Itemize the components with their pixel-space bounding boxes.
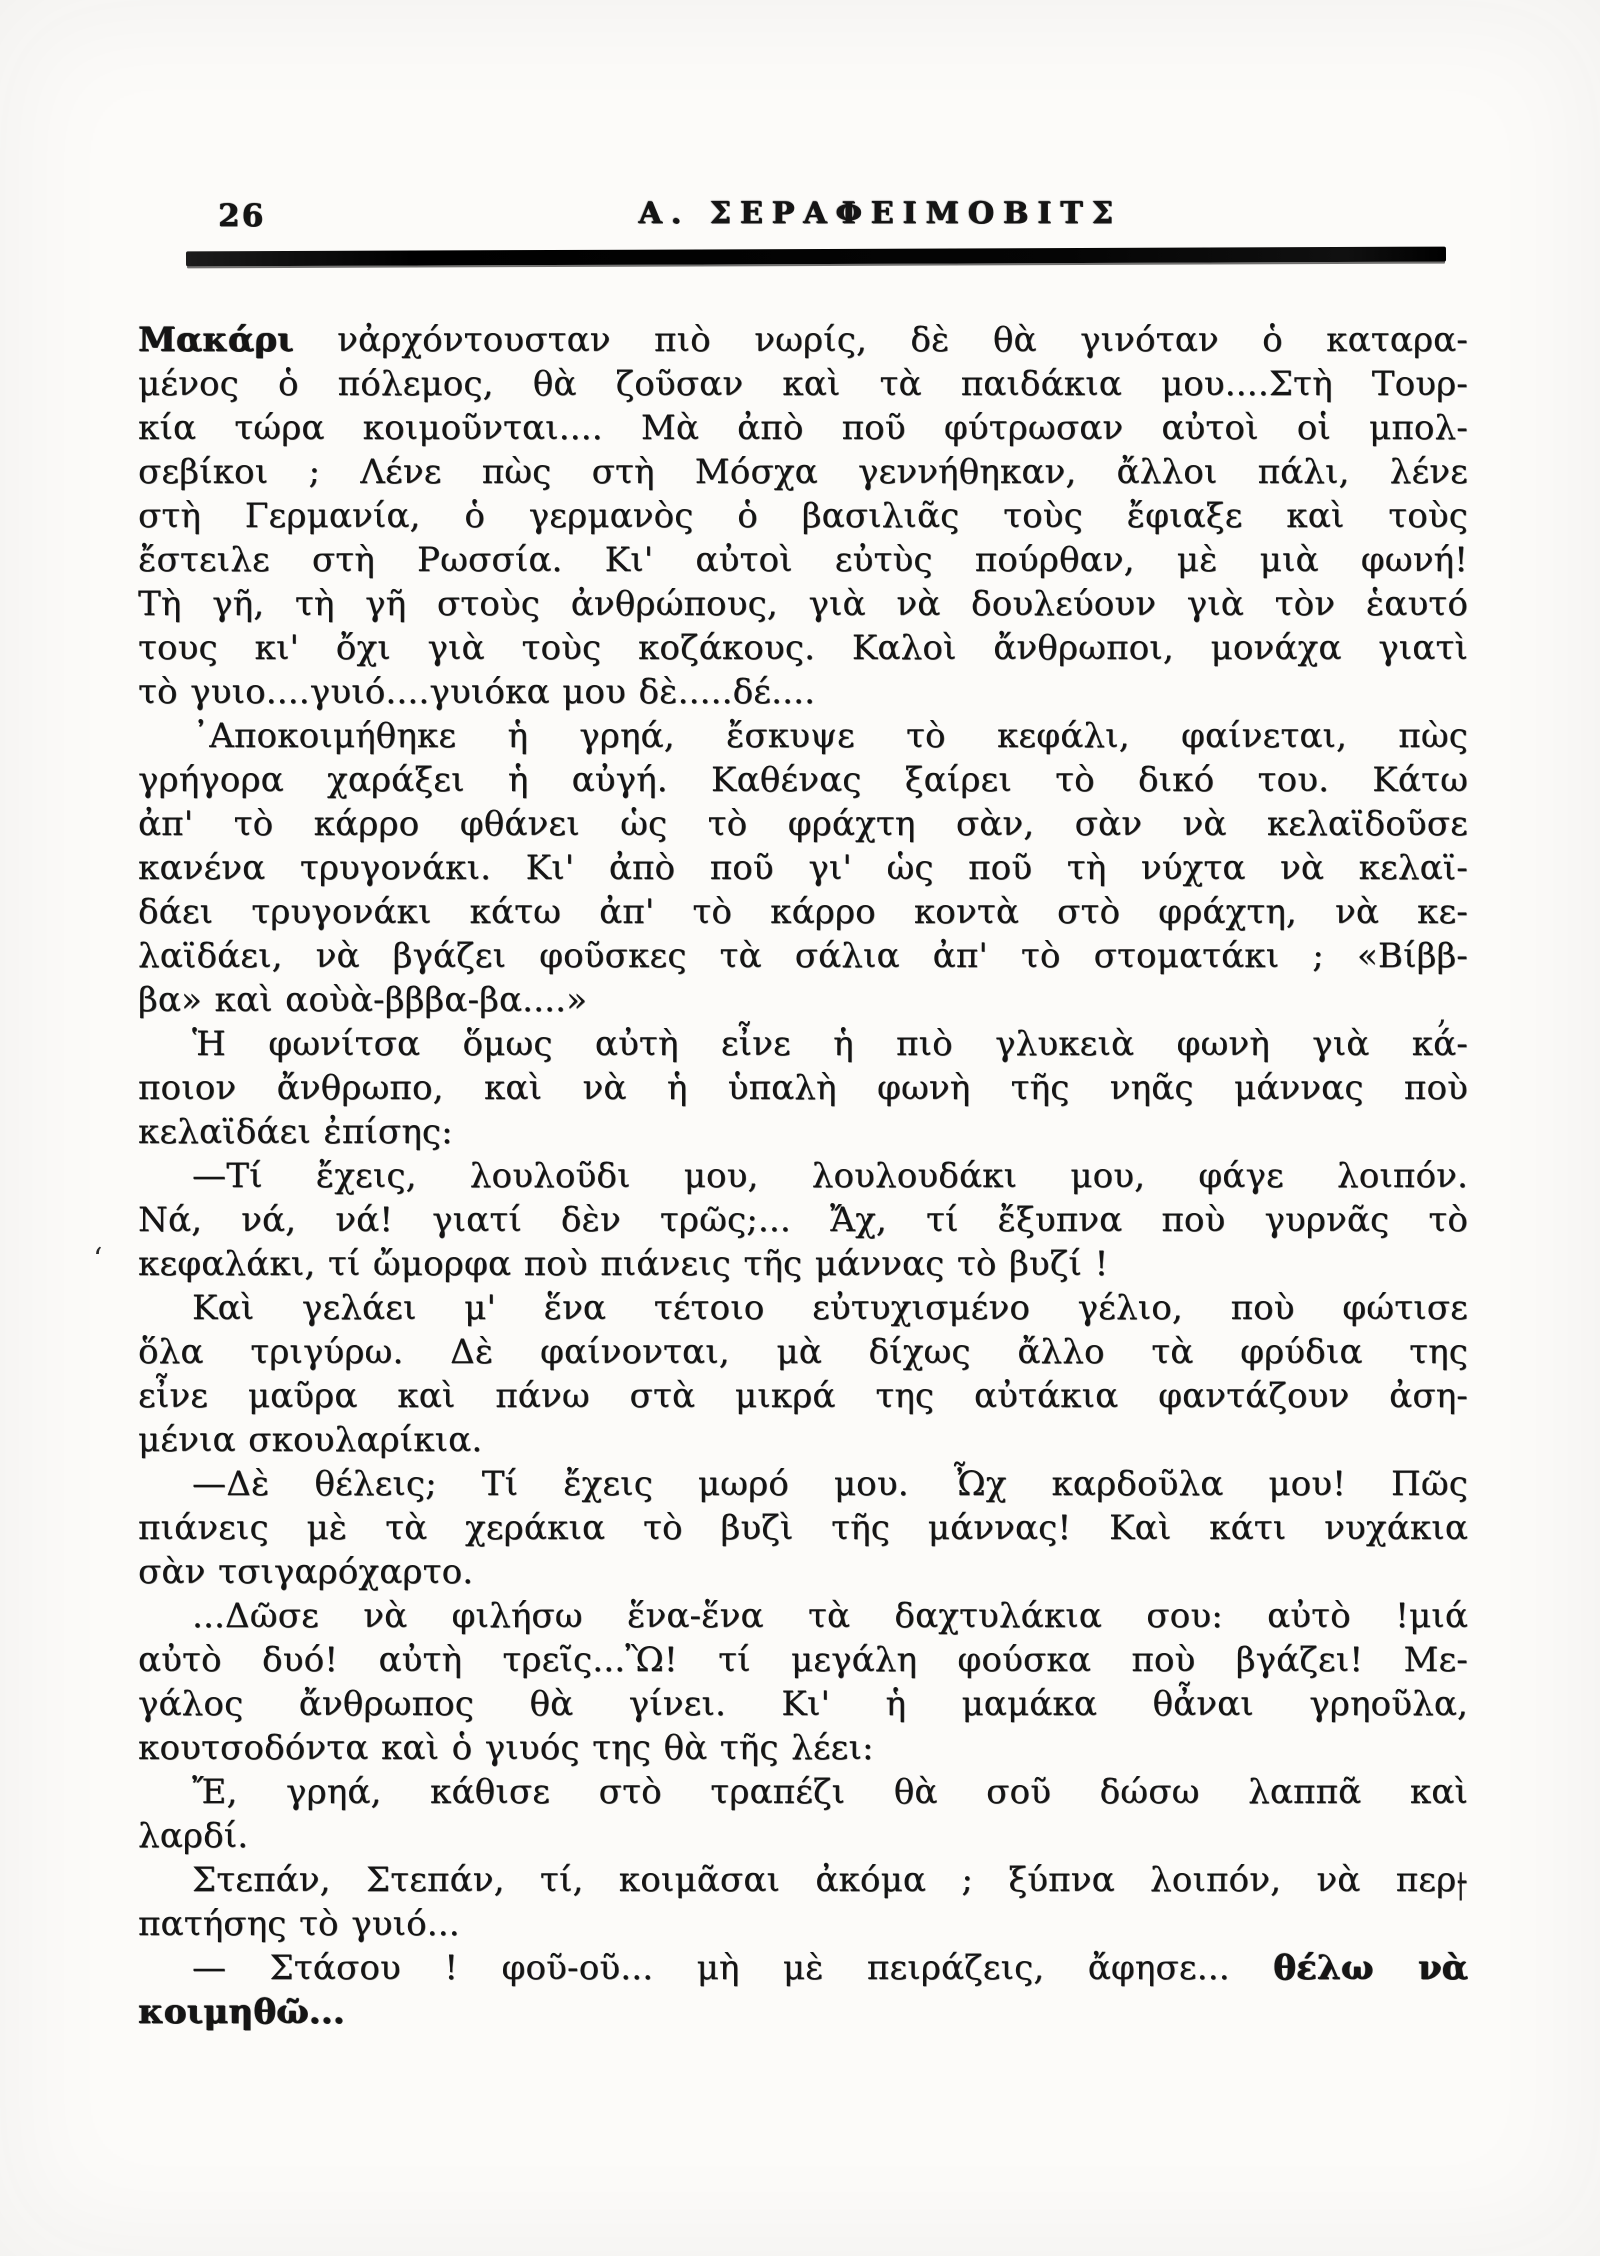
scan-artifact-bar: | xyxy=(1456,1868,1465,1901)
text-line: τους κι' ὄχι γιὰ τοὺς κοζάκους. Καλοὶ ἄν… xyxy=(138,626,1468,670)
text-segment: πιάνεις μὲ τὰ χεράκια τὸ βυζὶ τῆς μάννας… xyxy=(138,1508,1468,1548)
text-line: Μακάρι νἀρχόντουσταν πιὸ νωρίς, δὲ θὰ γι… xyxy=(138,318,1468,362)
text-segment: γάλος ἄνθρωπος θὰ γίνει. Κι' ἡ μαμάκα θἆ… xyxy=(138,1684,1468,1724)
text-segment: Ἡ φωνίτσα ὅμως αὐτὴ εἶνε ἡ πιὸ γλυκειὰ φ… xyxy=(192,1024,1468,1064)
text-segment: μένος ὁ πόλεμος, θὰ ζοῦσαν καὶ τὰ παιδάκ… xyxy=(138,364,1468,404)
text-segment: στὴ Γερμανία, ὁ γερμανὸς ὁ βασιλιᾶς τοὺς… xyxy=(138,496,1468,536)
text-segment: πατήσης τὸ γυιό... xyxy=(138,1904,460,1944)
text-line: τὸ γυιο....γυιό....γυιόκα μου δὲ.....δέ.… xyxy=(138,670,1468,714)
text-block: Μακάρι νἀρχόντουσταν πιὸ νωρίς, δὲ θὰ γι… xyxy=(138,318,1468,2034)
text-line: ᾿Αποκοιμήθηκε ἡ γρηά, ἔσκυψε τὸ κεφάλι, … xyxy=(138,714,1468,758)
text-segment: κανένα τρυγονάκι. Κι' ἀπὸ ποῦ γι' ὡς ποῦ… xyxy=(138,848,1468,888)
text-segment: τους κι' ὄχι γιὰ τοὺς κοζάκους. Καλοὶ ἄν… xyxy=(138,628,1468,668)
text-line: κεφαλάκι, τί ὤμορφα ποὺ πιάνεις τῆς μάνν… xyxy=(138,1242,1468,1286)
text-segment: — Στάσου ! φοῦ-οῦ... μὴ μὲ πειράζεις, ἄφ… xyxy=(192,1948,1273,1988)
text-line: πιάνεις μὲ τὰ χεράκια τὸ βυζὶ τῆς μάννας… xyxy=(138,1506,1468,1550)
text-line: κελαϊδάει ἐπίσης: xyxy=(138,1110,1468,1154)
text-line: ὅλα τριγύρω. Δὲ φαίνονται, μὰ δίχως ἄλλο… xyxy=(138,1330,1468,1374)
ink-heavy-text: κοιμηθῶ... xyxy=(138,1992,345,2032)
text-segment: κία τώρα κοιμοῦνται.... Μὰ ἀπὸ ποῦ φύτρω… xyxy=(138,408,1468,448)
text-segment: ...Δῶσε νὰ φιλήσω ἕνα-ἕνα τὰ δαχτυλάκια … xyxy=(192,1596,1468,1636)
text-segment: μένια σκουλαρίκια. xyxy=(138,1420,482,1460)
text-line: πατήσης τὸ γυιό... xyxy=(138,1902,1468,1946)
text-line: Καὶ γελάει μ' ἕνα τέτοιο εὐτυχισμένο γέλ… xyxy=(138,1286,1468,1330)
text-segment: αὐτὸ δυό! αὐτὴ τρεῖς...Ὢ! τί μεγάλη φούσ… xyxy=(138,1640,1468,1680)
text-line: Τὴ γῆ, τὴ γῆ στοὺς ἀνθρώπους, γιὰ νὰ δου… xyxy=(138,582,1468,626)
text-line: σεβίκοι ; Λένε πὼς στὴ Μόσχα γεννήθηκαν,… xyxy=(138,450,1468,494)
text-line: — Στάσου ! φοῦ-οῦ... μὴ μὲ πειράζεις, ἄφ… xyxy=(138,1946,1468,1990)
header-rule xyxy=(186,247,1446,267)
text-line: στὴ Γερμανία, ὁ γερμανὸς ὁ βασιλιᾶς τοὺς… xyxy=(138,494,1468,538)
text-line: κανένα τρυγονάκι. Κι' ἀπὸ ποῦ γι' ὡς ποῦ… xyxy=(138,846,1468,890)
text-segment: νἀρχόντουσταν πιὸ νωρίς, δὲ θὰ γινόταν ὁ… xyxy=(294,320,1468,360)
text-segment: κελαϊδάει ἐπίσης: xyxy=(138,1112,453,1152)
text-segment: —Τί ἔχεις, λουλοῦδι μου, λουλουδάκι μου,… xyxy=(192,1156,1468,1196)
text-line: —Δὲ θέλεις; Τί ἔχεις μωρό μου. Ὦχ καρδοῦ… xyxy=(138,1462,1468,1506)
text-segment: Τὴ γῆ, τὴ γῆ στοὺς ἀνθρώπους, γιὰ νὰ δου… xyxy=(138,584,1468,624)
text-line: ...Δῶσε νὰ φιλήσω ἕνα-ἕνα τὰ δαχτυλάκια … xyxy=(138,1594,1468,1638)
running-title: Α. ΣΕΡΑΦΕΙΜΟΒΙΤΣ xyxy=(215,196,1545,231)
text-segment: ἔστειλε στὴ Ρωσσία. Κι' αὐτοὶ εὐτὺς πούρ… xyxy=(138,540,1468,580)
text-segment: Στεπάν, Στεπάν, τί, κοιμᾶσαι ἀκόμα ; ξύπ… xyxy=(192,1860,1468,1900)
text-line: ἔστειλε στὴ Ρωσσία. Κι' αὐτοὶ εὐτὺς πούρ… xyxy=(138,538,1468,582)
text-line: —Τί ἔχεις, λουλοῦδι μου, λουλουδάκι μου,… xyxy=(138,1154,1468,1198)
text-segment: τὸ γυιο....γυιό....γυιόκα μου δὲ.....δέ.… xyxy=(138,672,815,712)
text-segment: κεφαλάκι, τί ὤμορφα ποὺ πιάνεις τῆς μάνν… xyxy=(138,1244,1108,1284)
text-line: μένια σκουλαρίκια. xyxy=(138,1418,1468,1462)
text-segment: Καὶ γελάει μ' ἕνα τέτοιο εὐτυχισμένο γέλ… xyxy=(192,1288,1468,1328)
text-segment: ὅλα τριγύρω. Δὲ φαίνονται, μὰ δίχως ἄλλο… xyxy=(138,1332,1468,1372)
text-line: κοιμηθῶ... xyxy=(138,1990,1468,2034)
text-line: κουτσοδόντα καὶ ὁ γιυός της θὰ τῆς λέει: xyxy=(138,1726,1468,1770)
text-line: εἶνε μαῦρα καὶ πάνω στὰ μικρά της αὐτάκι… xyxy=(138,1374,1468,1418)
text-line: αὐτὸ δυό! αὐτὴ τρεῖς...Ὢ! τί μεγάλη φούσ… xyxy=(138,1638,1468,1682)
text-line: δάει τρυγονάκι κάτω ἀπ' τὸ κάρρο κοντὰ σ… xyxy=(138,890,1468,934)
text-line: λαϊδάει, νὰ βγάζει φοῦσκες τὰ σάλια ἀπ' … xyxy=(138,934,1468,978)
text-segment: —Δὲ θέλεις; Τί ἔχεις μωρό μου. Ὦχ καρδοῦ… xyxy=(192,1464,1468,1504)
text-segment: λαρδί. xyxy=(138,1816,248,1856)
text-line: γάλος ἄνθρωπος θὰ γίνει. Κι' ἡ μαμάκα θἆ… xyxy=(138,1682,1468,1726)
text-segment: λαϊδάει, νὰ βγάζει φοῦσκες τὰ σάλια ἀπ' … xyxy=(138,936,1468,976)
text-line: βα» καὶ αοὺὰ-βββα-βα....» xyxy=(138,978,1468,1022)
text-line: μένος ὁ πόλεμος, θὰ ζοῦσαν καὶ τὰ παιδάκ… xyxy=(138,362,1468,406)
text-line: λαρδί. xyxy=(138,1814,1468,1858)
ink-heavy-text: θέλω νὰ xyxy=(1273,1948,1468,1988)
text-line: Νά, νά, νά! γιατί δὲν τρῶς;... Ἄχ, τί ἔξ… xyxy=(138,1198,1468,1242)
text-segment: σὰν τσιγαρόχαρτο. xyxy=(138,1552,473,1592)
text-line: Στεπάν, Στεπάν, τί, κοιμᾶσαι ἀκόμα ; ξύπ… xyxy=(138,1858,1468,1902)
text-line: κία τώρα κοιμοῦνται.... Μὰ ἀπὸ ποῦ φύτρω… xyxy=(138,406,1468,450)
text-line: Ἡ φωνίτσα ὅμως αὐτὴ εἶνε ἡ πιὸ γλυκειὰ φ… xyxy=(138,1022,1468,1066)
text-segment: σεβίκοι ; Λένε πὼς στὴ Μόσχα γεννήθηκαν,… xyxy=(138,452,1468,492)
text-segment: βα» καὶ αοὺὰ-βββα-βα....» xyxy=(138,980,587,1020)
text-line: ποιον ἄνθρωπο, καὶ νὰ ἡ ὑπαλὴ φωνὴ τῆς ν… xyxy=(138,1066,1468,1110)
text-segment: ᾿Αποκοιμήθηκε ἡ γρηά, ἔσκυψε τὸ κεφάλι, … xyxy=(192,716,1468,756)
text-line: σὰν τσιγαρόχαρτο. xyxy=(138,1550,1468,1594)
text-segment: εἶνε μαῦρα καὶ πάνω στὰ μικρά της αὐτάκι… xyxy=(138,1376,1468,1416)
text-line: γρήγορα χαράξει ἡ αὐγή. Καθένας ξαίρει τ… xyxy=(138,758,1468,802)
text-line: ἀπ' τὸ κάρρο φθάνει ὡς τὸ φράχτη σὰν, σὰ… xyxy=(138,802,1468,846)
text-segment: κουτσοδόντα καὶ ὁ γιυός της θὰ τῆς λέει: xyxy=(138,1728,874,1768)
scanned-book-page: 26 Α. ΣΕΡΑΦΕΙΜΟΒΙΤΣ Μακάρι νἀρχόντουσταν… xyxy=(0,0,1600,2256)
text-segment: Νά, νά, νά! γιατί δὲν τρῶς;... Ἄχ, τί ἔξ… xyxy=(138,1200,1468,1240)
text-segment: Ἔ, γρηά, κάθισε στὸ τραπέζι θὰ σοῦ δώσω … xyxy=(192,1772,1468,1812)
text-segment: ποιον ἄνθρωπο, καὶ νὰ ἡ ὑπαλὴ φωνὴ τῆς ν… xyxy=(138,1068,1468,1108)
text-segment: δάει τρυγονάκι κάτω ἀπ' τὸ κάρρο κοντὰ σ… xyxy=(138,892,1468,932)
text-segment: ἀπ' τὸ κάρρο φθάνει ὡς τὸ φράχτη σὰν, σὰ… xyxy=(138,804,1468,844)
scan-artifact-tick: ‘ xyxy=(93,1242,103,1277)
text-segment: γρήγορα χαράξει ἡ αὐγή. Καθένας ξαίρει τ… xyxy=(138,760,1468,800)
scan-artifact-comma: , xyxy=(1437,993,1447,1031)
text-line: Ἔ, γρηά, κάθισε στὸ τραπέζι θὰ σοῦ δώσω … xyxy=(138,1770,1468,1814)
ink-heavy-text: Μακάρι xyxy=(138,320,294,360)
